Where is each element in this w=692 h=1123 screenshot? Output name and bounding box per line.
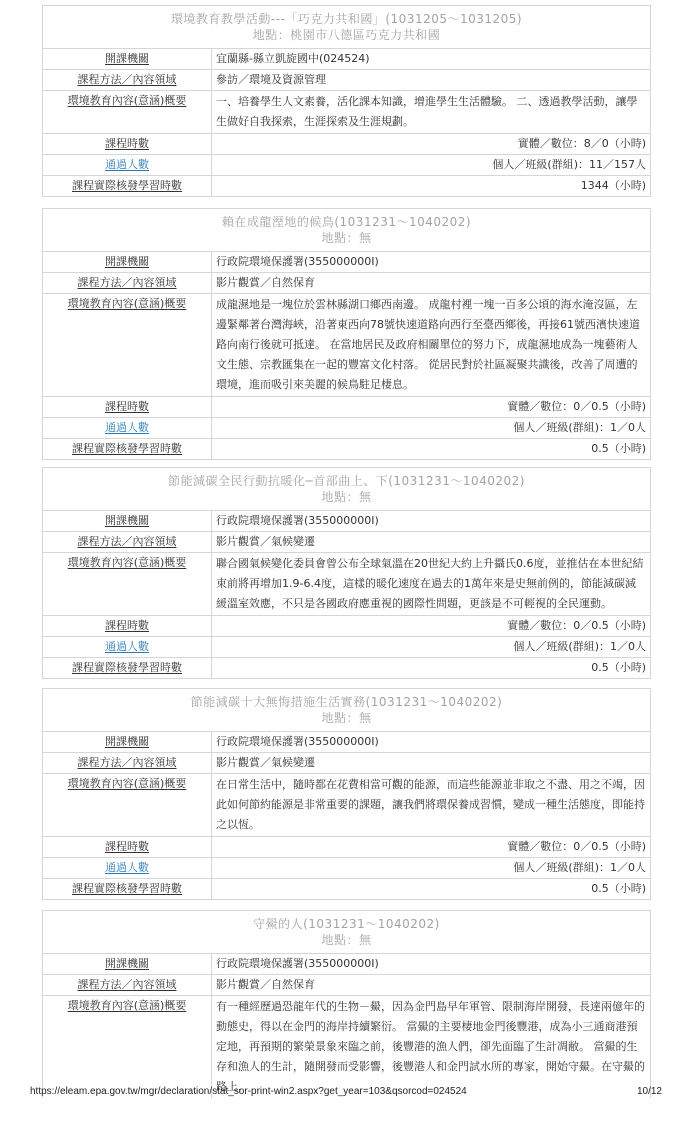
organizer-value: 行政院環境保護署(355000000I) <box>212 732 651 753</box>
row-method: 課程方法／內容領域 影片觀賞／自然保育 <box>43 273 651 294</box>
actual-hours-value: 1344（小時) <box>212 176 651 197</box>
method-label: 課程方法／內容領域 <box>43 70 212 91</box>
course-title-cell: 節能減碳全民行動抗暖化─首部曲上、下(1031231～1040202) 地點：無 <box>43 468 651 511</box>
summary-value: 聯合國氣候變化委員會曾公布全球氣溫在20世紀大約上升攝氏0.6度，並推估在本世紀… <box>212 553 651 616</box>
actual-hours-label: 課程實際核發學習時數 <box>43 658 212 679</box>
organizer-label: 開課機關 <box>43 732 212 753</box>
method-label: 課程方法／內容領域 <box>43 273 212 294</box>
row-organizer: 開課機關 行政院環境保護署(355000000I) <box>43 732 651 753</box>
course-table: 環境教育教學活動---「巧克力共和國」(1031205～1031205) 地點：… <box>42 5 651 197</box>
print-footer: https://eleam.epa.gov.tw/mgr/declaration… <box>30 1086 662 1097</box>
organizer-label: 開課機關 <box>43 49 212 70</box>
method-label: 課程方法／內容領域 <box>43 753 212 774</box>
row-passed: 通過人數 個人／班級(群組)：1／0人 <box>43 858 651 879</box>
organizer-value: 行政院環境保護署(355000000I) <box>212 252 651 273</box>
page-url: https://eleam.epa.gov.tw/mgr/declaration… <box>30 1086 467 1097</box>
method-value: 影片觀賞／自然保育 <box>212 975 651 996</box>
actual-hours-label: 課程實際核發學習時數 <box>43 879 212 900</box>
actual-hours-value: 0.5（小時) <box>212 658 651 679</box>
actual-hours-value: 0.5（小時) <box>212 439 651 460</box>
passed-link[interactable]: 通過人數 <box>43 858 212 879</box>
row-method: 課程方法／內容領域 影片觀賞／自然保育 <box>43 975 651 996</box>
organizer-label: 開課機關 <box>43 252 212 273</box>
summary-label: 環境教育內容(意涵)概要 <box>43 91 212 134</box>
passed-link[interactable]: 通過人數 <box>43 637 212 658</box>
method-value: 影片觀賞／自然保育 <box>212 273 651 294</box>
course-title: 賴在成龍溼地的候鳥(1031231～1040202) <box>222 215 471 229</box>
course-table: 節能減碳十大無悔措施生活實務(1031231～1040202) 地點：無 開課機… <box>42 688 651 900</box>
method-value: 影片觀賞／氣候變遷 <box>212 532 651 553</box>
passed-link[interactable]: 通過人數 <box>43 155 212 176</box>
summary-value: 有一種經歷過恐龍年代的生物－鱟，因為金門島早年軍管、限制海岸開發，長達兩億年的動… <box>212 996 651 1099</box>
organizer-label: 開課機關 <box>43 511 212 532</box>
organizer-value: 行政院環境保護署(355000000I) <box>212 954 651 975</box>
passed-value: 個人／班級(群組)：1／0人 <box>212 637 651 658</box>
course-title-cell: 節能減碳十大無悔措施生活實務(1031231～1040202) 地點：無 <box>43 689 651 732</box>
row-hours: 課程時數 實體／數位：0／0.5（小時) <box>43 616 651 637</box>
organizer-value: 行政院環境保護署(355000000I) <box>212 511 651 532</box>
organizer-label: 開課機關 <box>43 954 212 975</box>
course-title: 環境教育教學活動---「巧克力共和國」(1031205～1031205) <box>171 12 522 26</box>
method-value: 參訪／環境及資源管理 <box>212 70 651 91</box>
row-organizer: 開課機關 行政院環境保護署(355000000I) <box>43 954 651 975</box>
row-organizer: 開課機關 宜蘭縣-縣立凱旋國中(024524) <box>43 49 651 70</box>
hours-label: 課程時數 <box>43 134 212 155</box>
row-passed: 通過人數 個人／班級(群組)：1／0人 <box>43 418 651 439</box>
row-hours: 課程時數 實體／數位：0／0.5（小時) <box>43 397 651 418</box>
hours-value: 實體／數位：0／0.5（小時) <box>212 837 651 858</box>
row-hours: 課程時數 實體／數位：0／0.5（小時) <box>43 837 651 858</box>
method-label: 課程方法／內容領域 <box>43 975 212 996</box>
row-organizer: 開課機關 行政院環境保護署(355000000I) <box>43 511 651 532</box>
course-location: 地點：桃園市八德區巧克力共和國 <box>47 27 646 43</box>
hours-label: 課程時數 <box>43 397 212 418</box>
summary-label: 環境教育內容(意涵)概要 <box>43 553 212 616</box>
hours-value: 實體／數位：0／0.5（小時) <box>212 397 651 418</box>
course-title-cell: 賴在成龍溼地的候鳥(1031231～1040202) 地點：無 <box>43 209 651 252</box>
course-title: 節能減碳全民行動抗暖化─首部曲上、下(1031231～1040202) <box>168 474 525 488</box>
summary-label: 環境教育內容(意涵)概要 <box>43 294 212 397</box>
passed-value: 個人／班級(群組)：1／0人 <box>212 858 651 879</box>
row-summary: 環境教育內容(意涵)概要 在日常生活中，隨時都在花費相當可觀的能源，而這些能源並… <box>43 774 651 837</box>
row-method: 課程方法／內容領域 影片觀賞／氣候變遷 <box>43 753 651 774</box>
hours-value: 實體／數位：8／0（小時) <box>212 134 651 155</box>
passed-link[interactable]: 通過人數 <box>43 418 212 439</box>
course-table: 節能減碳全民行動抗暖化─首部曲上、下(1031231～1040202) 地點：無… <box>42 467 651 679</box>
hours-value: 實體／數位：0／0.5（小時) <box>212 616 651 637</box>
summary-label: 環境教育內容(意涵)概要 <box>43 774 212 837</box>
method-label: 課程方法／內容領域 <box>43 532 212 553</box>
summary-value: 一、培養學生人文素養，活化課本知識，增進學生生活體驗。 二、透過教學活動，讓學生… <box>212 91 651 134</box>
row-hours: 課程時數 實體／數位：8／0（小時) <box>43 134 651 155</box>
summary-value: 在日常生活中，隨時都在花費相當可觀的能源，而這些能源並非取之不盡、用之不竭，因此… <box>212 774 651 837</box>
actual-hours-label: 課程實際核發學習時數 <box>43 439 212 460</box>
course-table: 守鱟的人(1031231～1040202) 地點：無 開課機關 行政院環境保護署… <box>42 910 651 1098</box>
row-actual-hours: 課程實際核發學習時數 1344（小時) <box>43 176 651 197</box>
hours-label: 課程時數 <box>43 616 212 637</box>
row-summary: 環境教育內容(意涵)概要 一、培養學生人文素養，活化課本知識，增進學生生活體驗。… <box>43 91 651 134</box>
row-passed: 通過人數 個人／班級(群組)：1／0人 <box>43 637 651 658</box>
row-organizer: 開課機關 行政院環境保護署(355000000I) <box>43 252 651 273</box>
row-summary: 環境教育內容(意涵)概要 成龍濕地是一塊位於雲林縣湖口鄉西南邊。 成龍村裡一塊一… <box>43 294 651 397</box>
course-location: 地點：無 <box>47 710 646 726</box>
hours-label: 課程時數 <box>43 837 212 858</box>
summary-label: 環境教育內容(意涵)概要 <box>43 996 212 1099</box>
actual-hours-label: 課程實際核發學習時數 <box>43 176 212 197</box>
row-actual-hours: 課程實際核發學習時數 0.5（小時) <box>43 879 651 900</box>
row-method: 課程方法／內容領域 影片觀賞／氣候變遷 <box>43 532 651 553</box>
course-location: 地點：無 <box>47 489 646 505</box>
course-title: 節能減碳十大無悔措施生活實務(1031231～1040202) <box>191 695 503 709</box>
summary-value: 成龍濕地是一塊位於雲林縣湖口鄉西南邊。 成龍村裡一塊一百多公頃的海水淹沒區，左邊… <box>212 294 651 397</box>
actual-hours-value: 0.5（小時) <box>212 879 651 900</box>
course-location: 地點：無 <box>47 230 646 246</box>
course-title-cell: 守鱟的人(1031231～1040202) 地點：無 <box>43 911 651 954</box>
row-summary: 環境教育內容(意涵)概要 聯合國氣候變化委員會曾公布全球氣溫在20世紀大約上升攝… <box>43 553 651 616</box>
passed-value: 個人／班級(群組)：11／157人 <box>212 155 651 176</box>
course-table: 賴在成龍溼地的候鳥(1031231～1040202) 地點：無 開課機關 行政院… <box>42 208 651 460</box>
row-actual-hours: 課程實際核發學習時數 0.5（小時) <box>43 658 651 679</box>
row-summary: 環境教育內容(意涵)概要 有一種經歷過恐龍年代的生物－鱟，因為金門島早年軍管、限… <box>43 996 651 1099</box>
course-title: 守鱟的人(1031231～1040202) <box>253 917 440 931</box>
organizer-value: 宜蘭縣-縣立凱旋國中(024524) <box>212 49 651 70</box>
method-value: 影片觀賞／氣候變遷 <box>212 753 651 774</box>
row-method: 課程方法／內容領域 參訪／環境及資源管理 <box>43 70 651 91</box>
course-location: 地點：無 <box>47 932 646 948</box>
page-number: 10/12 <box>637 1086 662 1097</box>
passed-value: 個人／班級(群組)：1／0人 <box>212 418 651 439</box>
row-passed: 通過人數 個人／班級(群組)：11／157人 <box>43 155 651 176</box>
row-actual-hours: 課程實際核發學習時數 0.5（小時) <box>43 439 651 460</box>
course-title-cell: 環境教育教學活動---「巧克力共和國」(1031205～1031205) 地點：… <box>43 6 651 49</box>
